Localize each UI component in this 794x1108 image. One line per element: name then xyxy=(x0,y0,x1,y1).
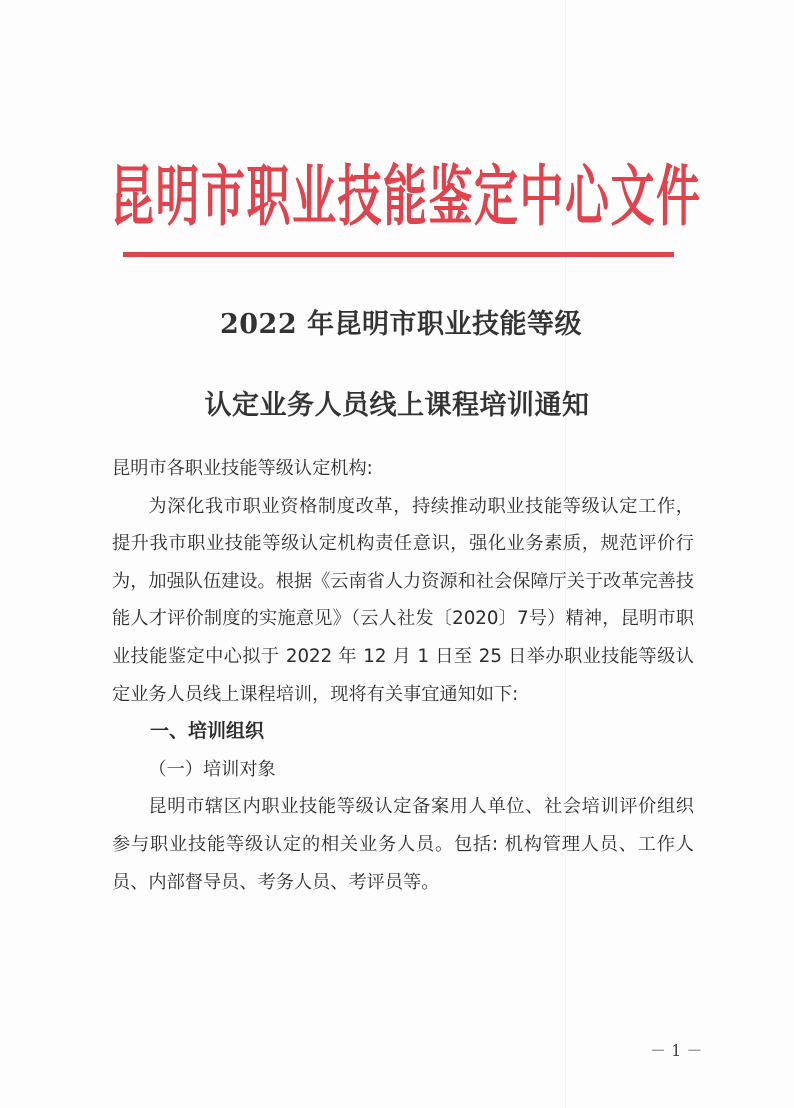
issuer-title-char: 职 xyxy=(247,146,291,251)
issuer-title-char: 昆 xyxy=(110,146,154,251)
issuer-red-header: 昆明市职业技能鉴定中心文件 xyxy=(110,158,700,238)
salutation: 昆明市各职业技能等级认定机构: xyxy=(112,450,694,488)
red-header-rule xyxy=(123,252,674,257)
issuer-title-char: 业 xyxy=(292,146,336,251)
document-title-line-1: 2022 年昆明市职业技能等级 xyxy=(0,302,794,341)
document-title-line-2: 认定业务人员线上课程培训通知 xyxy=(0,383,794,422)
issuer-title-char: 中 xyxy=(520,146,564,251)
issuer-title-char: 件 xyxy=(656,146,700,251)
issuer-title-char: 明 xyxy=(156,146,200,251)
issuer-title-char: 鉴 xyxy=(429,146,473,251)
issuer-title-char: 文 xyxy=(611,146,655,251)
issuer-title-char: 技 xyxy=(338,146,382,251)
issuer-title-char: 心 xyxy=(565,146,609,251)
issuer-title-char: 能 xyxy=(383,146,427,251)
paragraph-training-targets: 昆明市辖区内职业技能等级认定备案用人单位、社会培训评价组织参与职业技能等级认定的… xyxy=(112,788,694,901)
page-number: － 1 － xyxy=(650,1038,702,1061)
section-heading-training-organization: 一、培训组织 xyxy=(112,713,694,751)
issuer-title-char: 定 xyxy=(474,146,518,251)
subsection-heading-training-targets: （一）培训对象 xyxy=(112,751,694,789)
document-body: 昆明市各职业技能等级认定机构: 为深化我市职业资格制度改革，持续推动职业技能等级… xyxy=(112,450,694,901)
paragraph-intro: 为深化我市职业资格制度改革，持续推动职业技能等级认定工作，提升我市职业技能等级认… xyxy=(112,488,694,714)
issuer-title-char: 市 xyxy=(201,146,245,251)
